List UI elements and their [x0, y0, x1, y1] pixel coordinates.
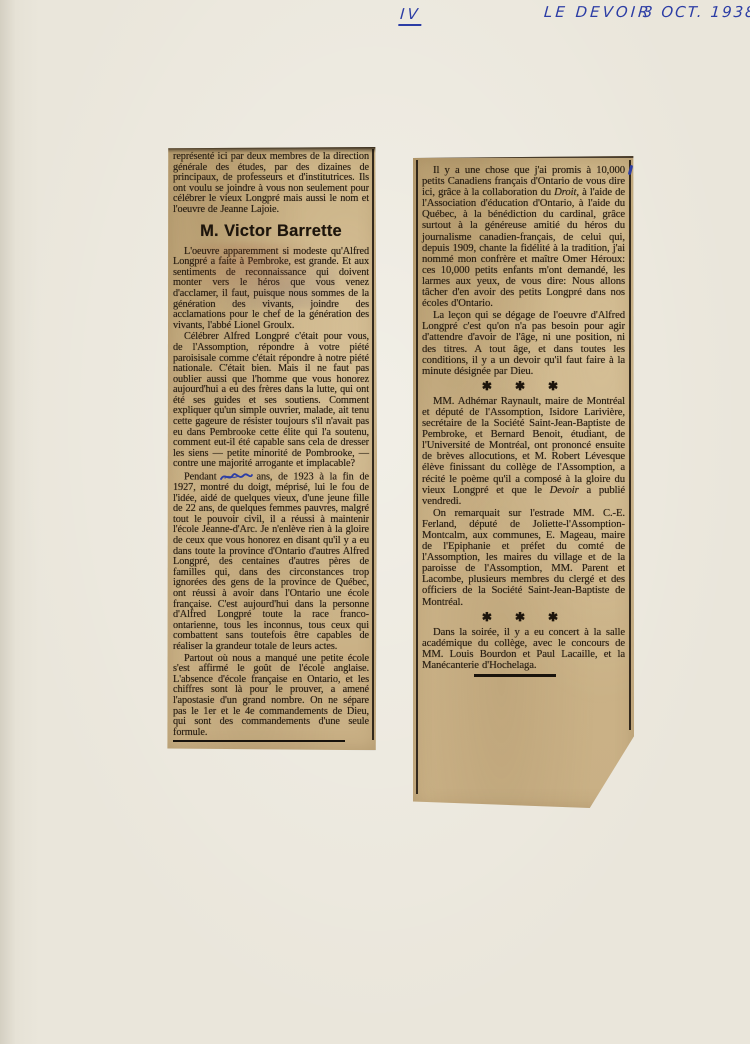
clipping-paragraph: Dans la soirée, il y a eu concert à la s…	[422, 627, 625, 671]
handwritten-index-number: IV	[398, 5, 422, 26]
clipping-paragraph: Partout où nous a manqué une petite écol…	[173, 654, 369, 739]
clipping-paragraph: Pendantans, de 1923 à la fin de 1927, mo…	[173, 471, 369, 653]
paragraph-text: ans, de 1923 à la fin de 1927, montré du…	[173, 471, 369, 652]
column-rule	[629, 160, 631, 730]
clipping-paragraph: Célébrer Alfred Longpré c'était pour vou…	[173, 332, 369, 470]
column-rule	[416, 160, 418, 794]
clipping-paragraph: On remarquait sur l'estrade MM. C.-E. Fe…	[422, 508, 625, 608]
left-newspaper-clipping: représenté ici par deux membres de la di…	[167, 147, 377, 750]
clipping-paragraph: Il y a une chose que j'ai promis à 10,00…	[422, 165, 625, 309]
clipping-bottom-rule	[474, 674, 556, 677]
clipping-bottom-rule	[173, 740, 345, 742]
blue-ink-mark	[628, 165, 633, 175]
clipping-paragraph: L'oeuvre apparemment si modeste qu'Alfre…	[173, 247, 369, 332]
scrapbook-page: IV LE DEVOIR 3 OCT. 1938 représenté ici …	[0, 0, 750, 1044]
column-rule	[372, 149, 374, 740]
clipping-paragraph: représenté ici par deux membres de la di…	[173, 152, 369, 216]
clipping-paragraph: MM. Adhémar Raynault, maire de Montréal …	[422, 396, 625, 507]
handwritten-date: 3 OCT. 1938	[642, 3, 750, 21]
handwritten-publication-name: LE DEVOIR	[543, 3, 652, 21]
star-separator: ✱ ✱ ✱	[422, 381, 625, 392]
paragraph-text: , à l'aide de l'Association d'éducation …	[422, 186, 625, 309]
article-headline: M. Victor Barrette	[173, 222, 369, 241]
newspaper-name-devoir: Devoir	[550, 484, 579, 496]
paragraph-text: MM. Adhémar Raynault, maire de Montréal …	[422, 395, 625, 496]
star-separator: ✱ ✱ ✱	[422, 612, 625, 623]
paragraph-text: Pendant	[184, 471, 216, 482]
clipping-paragraph: La leçon qui se dégage de l'oeuvre d'Alf…	[422, 310, 625, 377]
right-newspaper-clipping: Il y a une chose que j'ai promis à 10,00…	[413, 156, 634, 808]
